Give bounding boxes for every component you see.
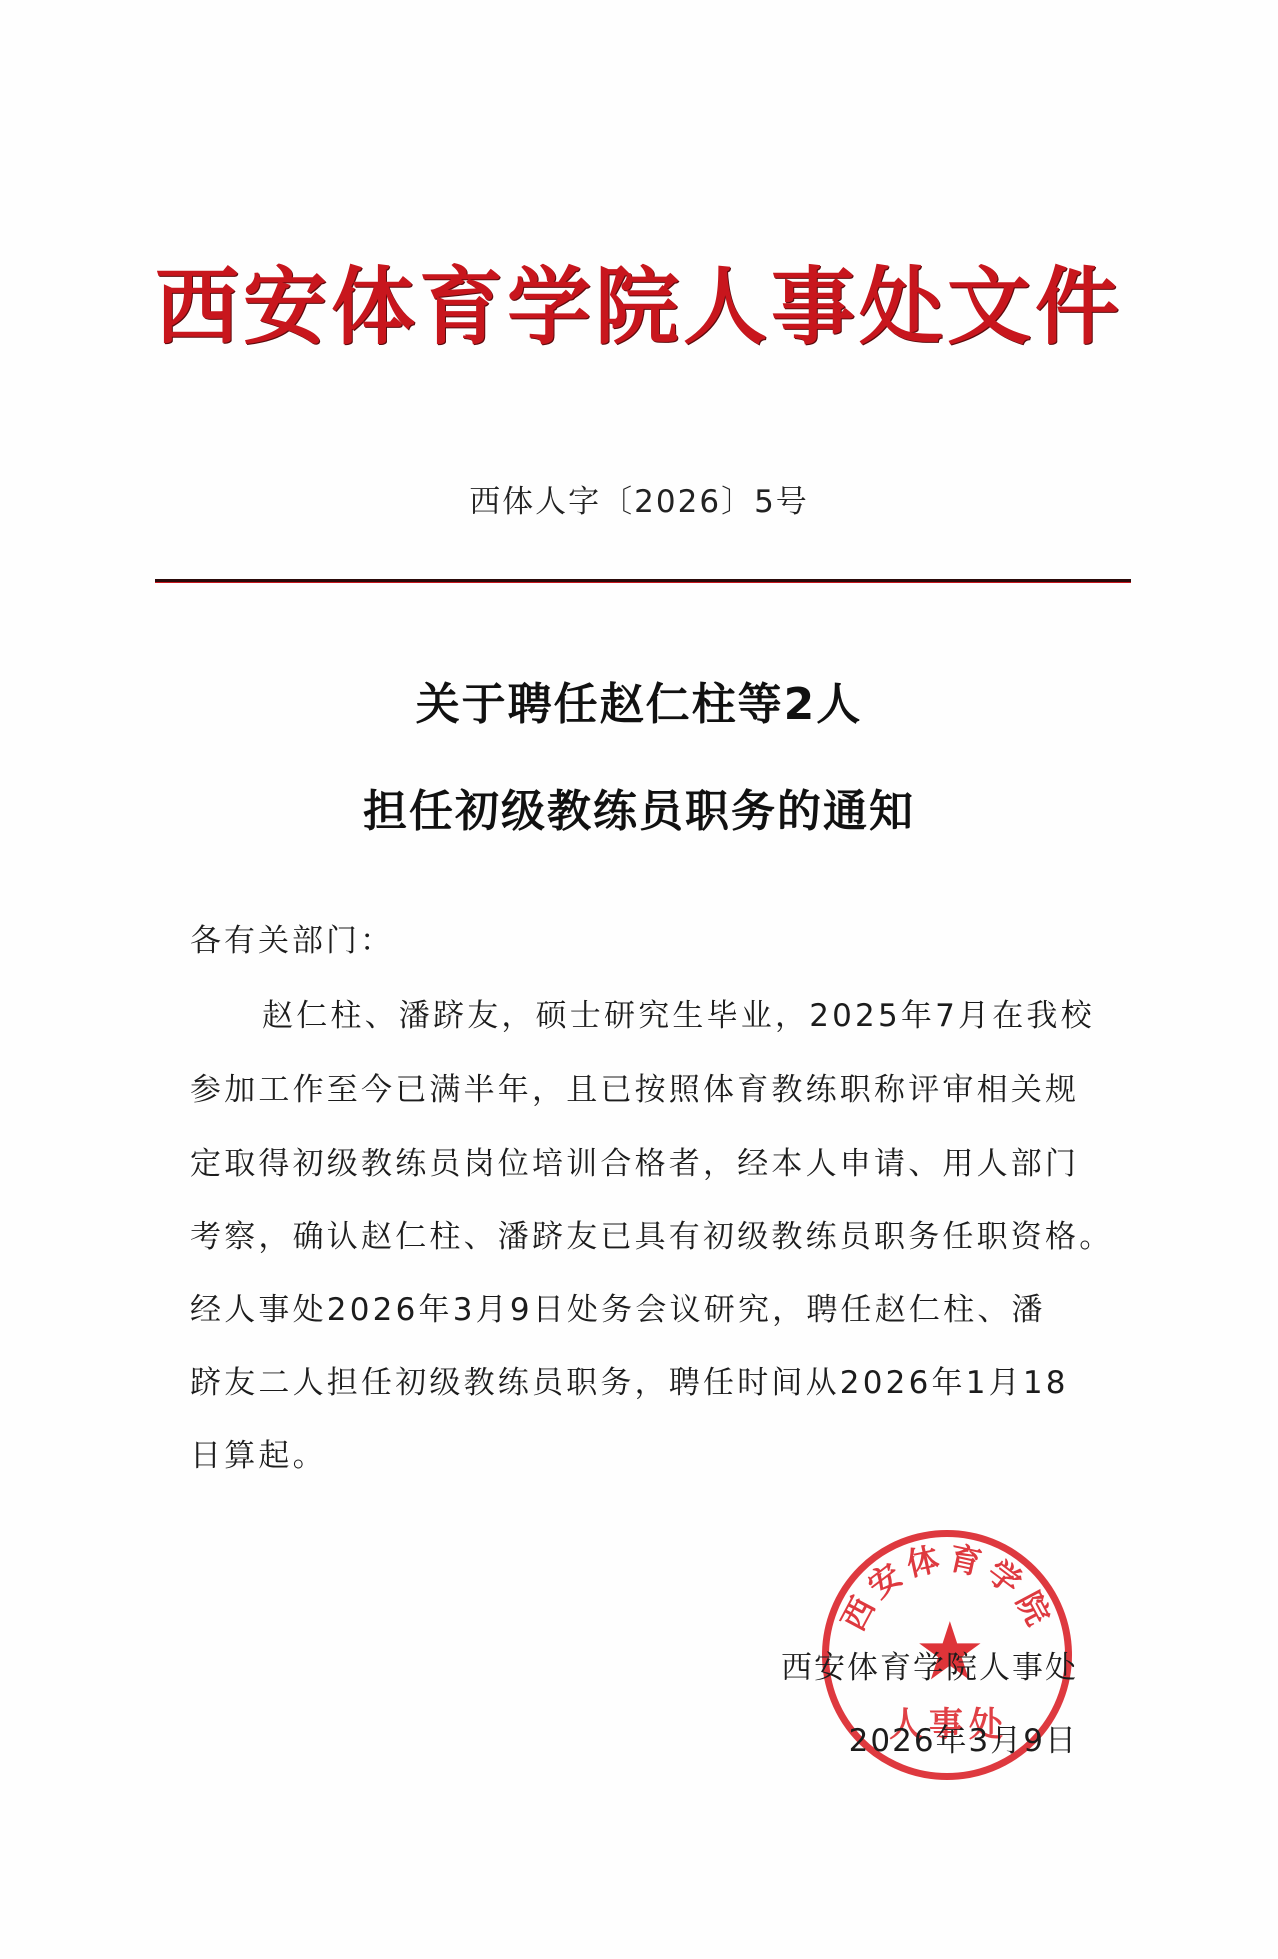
salutation: 各有关部门：: [190, 915, 1085, 960]
document-page: 西安体育学院人事处文件 西体人字〔2026〕5号 关于聘任赵仁柱等2人 担任初级…: [0, 0, 1278, 1959]
body-line: 赵仁柱、潘跻友，硕士研究生毕业，2025年7月在我校: [262, 990, 1085, 1035]
header-divider: [155, 579, 1131, 582]
body-line: 定取得初级教练员岗位培训合格者，经本人申请、用人部门: [190, 1138, 1085, 1183]
issuer-signature: 西安体育学院人事处: [781, 1642, 1078, 1687]
body-line: 考察，确认赵仁柱、潘跻友已具有初级教练员职务任职资格。: [190, 1211, 1085, 1256]
notice-title-line-1: 关于聘任赵仁柱等2人: [0, 668, 1278, 732]
issue-date: 2026年3月9日: [849, 1715, 1078, 1760]
body-line: 参加工作至今已满半年，且已按照体育教练职称评审相关规: [190, 1064, 1085, 1109]
body-line: 跻友二人担任初级教练员职务，聘任时间从2026年1月18: [190, 1357, 1085, 1402]
body-line: 日算起。: [190, 1430, 1085, 1475]
notice-title-line-2: 担任初级教练员职务的通知: [0, 775, 1278, 839]
body-line: 经人事处2026年3月9日处务会议研究，聘任赵仁柱、潘: [190, 1284, 1085, 1329]
document-number: 西体人字〔2026〕5号: [0, 476, 1278, 521]
header-title: 西安体育学院人事处文件: [0, 240, 1278, 361]
